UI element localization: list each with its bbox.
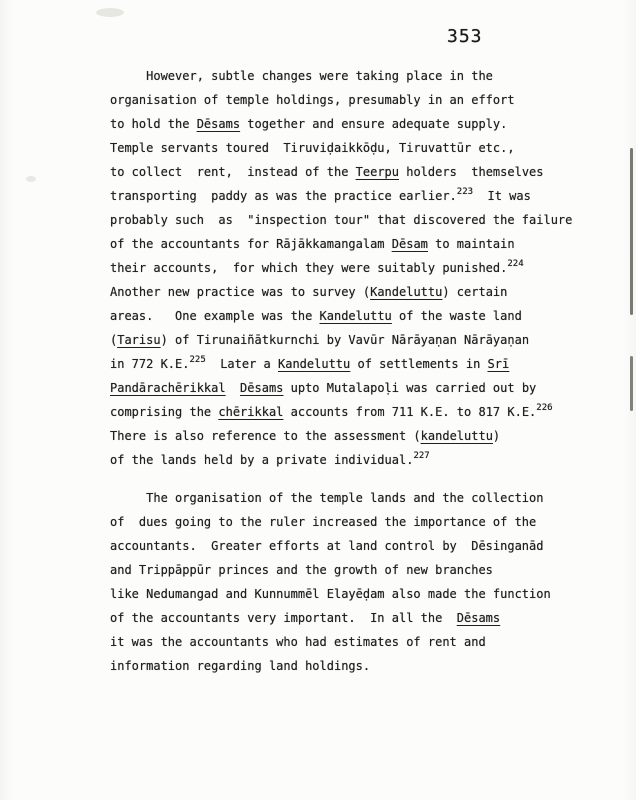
text-run: areas. One example was the — [110, 309, 320, 323]
footnote-ref: 227 — [413, 451, 429, 461]
text-run: upto Mutalapoḷi was carried out by — [283, 381, 536, 395]
text-run: of dues going to the ruler increased the… — [110, 515, 536, 529]
text-line: of the lands held by a private individua… — [110, 448, 572, 472]
text-run: of the waste land — [392, 309, 522, 323]
text-run: of settlements in — [350, 357, 487, 371]
text-line: accountants. Greater efforts at land con… — [110, 534, 572, 558]
text-line: and Trippāppūr princes and the growth of… — [110, 558, 572, 582]
text-run: ) certain — [442, 285, 507, 299]
paragraph: However, subtle changes were taking plac… — [110, 64, 572, 472]
underlined-term: Kandeluttu — [278, 357, 350, 371]
text-line: transporting paddy as was the practice e… — [110, 184, 572, 208]
text-line: Another new practice was to survey (Kand… — [110, 280, 572, 304]
scan-artifact — [630, 356, 633, 411]
text-line: to hold the Dēsams together and ensure a… — [110, 112, 572, 136]
text-line: Pandārachērikkal Dēsams upto Mutalapoḷi … — [110, 376, 572, 400]
scan-artifact — [96, 8, 124, 17]
page-number: 353 — [447, 26, 483, 47]
underlined-term: chērikkal — [218, 405, 283, 419]
footnote-ref: 226 — [536, 403, 552, 413]
underlined-term: Kandeluttu — [370, 285, 442, 299]
text-line: their accounts, for which they were suit… — [110, 256, 572, 280]
text-run: The organisation of the temple lands and… — [110, 491, 543, 505]
underlined-term: Kandeluttu — [320, 309, 392, 323]
underlined-term: Pandārachērikkal — [110, 381, 226, 395]
text-line: of the accountants very important. In al… — [110, 606, 572, 630]
text-run: and Trippāppūr princes and the growth of… — [110, 563, 493, 577]
text-run: organisation of temple holdings, presuma… — [110, 93, 515, 107]
text-run: Temple servants toured Tiruviḍaikkōḍu, T… — [110, 141, 515, 155]
text-run: of the accountants for Rājākkamangalam — [110, 237, 392, 251]
text-run: in 772 K.E. — [110, 357, 189, 371]
text-run: to collect rent, instead of the — [110, 165, 356, 179]
text-run: holders themselves — [399, 165, 544, 179]
text-run: probably such as "inspection tour" that … — [110, 213, 572, 227]
underlined-term: kandeluttu — [421, 429, 493, 443]
text-run: information regarding land holdings. — [110, 659, 370, 673]
text-run: to hold the — [110, 117, 197, 131]
footnote-ref: 225 — [189, 355, 205, 365]
text-run: accountants. Greater efforts at land con… — [110, 539, 543, 553]
text-run: comprising the — [110, 405, 218, 419]
text-line: of dues going to the ruler increased the… — [110, 510, 572, 534]
page-text: However, subtle changes were taking plac… — [110, 64, 572, 678]
text-line: probably such as "inspection tour" that … — [110, 208, 572, 232]
text-run: ) of Tirunaiñātkurnchi by Vavūr Nārāyaṇa… — [161, 333, 529, 347]
text-run: to maintain — [428, 237, 515, 251]
text-run: transporting paddy as was the practice e… — [110, 189, 457, 203]
text-line: organisation of temple holdings, presuma… — [110, 88, 572, 112]
text-line: areas. One example was the Kandeluttu of… — [110, 304, 572, 328]
document-page: 353 However, subtle changes were taking … — [0, 0, 636, 800]
text-run: their accounts, for which they were suit… — [110, 261, 507, 275]
text-run: of the lands held by a private individua… — [110, 453, 413, 467]
text-line: There is also reference to the assessmen… — [110, 424, 572, 448]
scan-artifact — [630, 148, 633, 315]
text-line: However, subtle changes were taking plac… — [110, 64, 572, 88]
scan-artifact — [26, 176, 36, 182]
paragraph: The organisation of the temple lands and… — [110, 486, 572, 678]
text-line: of the accountants for Rājākkamangalam D… — [110, 232, 572, 256]
text-line: Temple servants toured Tiruviḍaikkōḍu, T… — [110, 136, 572, 160]
text-line: The organisation of the temple lands and… — [110, 486, 572, 510]
text-run: it was the accountants who had estimates… — [110, 635, 486, 649]
text-line: information regarding land holdings. — [110, 654, 572, 678]
text-run: of the accountants very important. In al… — [110, 611, 457, 625]
text-line: it was the accountants who had estimates… — [110, 630, 572, 654]
text-line: in 772 K.E.225 Later a Kandeluttu of set… — [110, 352, 572, 376]
footnote-ref: 224 — [507, 259, 523, 269]
text-run: However, subtle changes were taking plac… — [110, 69, 493, 83]
text-run: like Nedumangad and Kunnummēl Elayēḍam a… — [110, 587, 551, 601]
text-line: comprising the chērikkal accounts from 7… — [110, 400, 572, 424]
footnote-ref: 223 — [457, 187, 473, 197]
text-run: It was — [473, 189, 531, 203]
text-run: Later a — [206, 357, 278, 371]
underlined-term: Dēsams — [457, 611, 500, 625]
underlined-term: Dēsam — [392, 237, 428, 251]
text-run: ) — [493, 429, 500, 443]
underlined-term: Srī — [488, 357, 510, 371]
underlined-term: Dēsams — [197, 117, 240, 131]
text-run — [226, 381, 240, 395]
underlined-term: Dēsams — [240, 381, 283, 395]
text-run: There is also reference to the assessmen… — [110, 429, 421, 443]
text-line: like Nedumangad and Kunnummēl Elayēḍam a… — [110, 582, 572, 606]
text-run: accounts from 711 K.E. to 817 K.E. — [283, 405, 536, 419]
text-line: to collect rent, instead of the Teerpu h… — [110, 160, 572, 184]
text-run: together and ensure adequate supply. — [240, 117, 507, 131]
underlined-term: Tarisu — [117, 333, 160, 347]
underlined-term: Teerpu — [356, 165, 399, 179]
text-line: (Tarisu) of Tirunaiñātkurnchi by Vavūr N… — [110, 328, 572, 352]
text-run: Another new practice was to survey ( — [110, 285, 370, 299]
